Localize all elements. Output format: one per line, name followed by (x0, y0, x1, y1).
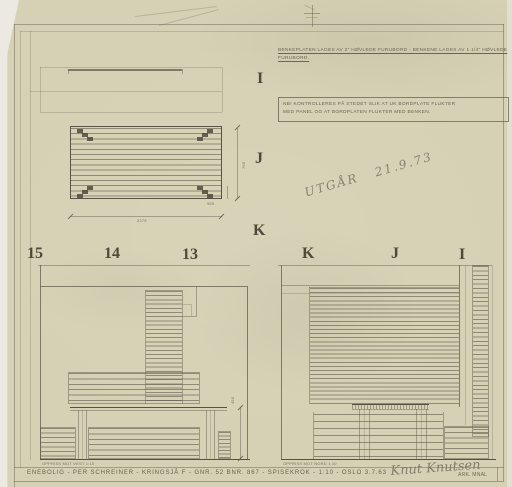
bench-hatch (314, 414, 443, 459)
stamp-label: UTGÅR (303, 171, 360, 200)
dimension-line (237, 127, 238, 199)
grid-label: 15 (27, 245, 43, 263)
wall-line (281, 265, 282, 459)
table-leg (86, 410, 87, 459)
table-top (70, 407, 227, 408)
paper-edge-left (0, 0, 8, 487)
grid-label: K (253, 222, 265, 240)
corner-step (207, 194, 213, 198)
border-line (503, 24, 504, 481)
note-line: MED PANEL OG AT BORDPLATEN FLUKTER MED B… (283, 109, 504, 117)
dimension-label: 2275 (137, 218, 147, 223)
table-leg (206, 410, 207, 459)
border-line (14, 24, 15, 487)
duct-line (182, 316, 196, 317)
grid-label: K (302, 245, 314, 263)
grid-label: J (255, 150, 263, 168)
corner-step (77, 194, 83, 198)
recess-line (68, 69, 182, 71)
ceiling-line (40, 286, 247, 287)
table-leg (214, 410, 215, 459)
caption: OPPRISS MOT VEST 1:10 (42, 461, 94, 466)
corner-step (87, 137, 93, 141)
duct-line (196, 286, 197, 317)
dimension-label: 450 (230, 397, 235, 404)
corner-step (197, 137, 203, 141)
grid-line (38, 265, 250, 266)
wall-panel-hatch (310, 288, 459, 404)
paper-edge-right (507, 0, 512, 487)
paper-corner-cut (7, 0, 19, 55)
grid-label: 14 (104, 245, 120, 263)
drawing-sheet: 760 2275 965 I J K BENKEPLATEN LAGES AV … (0, 0, 512, 487)
wall-line (247, 286, 248, 460)
note-line: NB! KONTROLLERES PÅ STEDET SLIK AT UK BO… (283, 101, 504, 109)
note-line: FURUBORD. (278, 56, 309, 61)
border-line (20, 31, 504, 32)
border-line (14, 24, 504, 25)
dimension-label: 965 (207, 201, 214, 206)
note-materials: BENKEPLATEN LAGES AV 2" HØVLEDE FURUBORD… (278, 47, 507, 63)
table-leg (78, 410, 79, 459)
duct-line (191, 304, 192, 316)
duct-line (182, 304, 191, 305)
architect-title: ARK. MNAL (458, 472, 487, 478)
grid-label: I (257, 70, 263, 88)
wall-line (459, 265, 460, 407)
grid-label: 13 (182, 246, 198, 264)
grid-label: I (459, 246, 465, 264)
dimension-line (70, 216, 222, 217)
stamp-utgaar: UTGÅR 21.9.73 (303, 149, 434, 199)
note-line: BENKEPLATEN LAGES AV 2" HØVLEDE FURUBORD… (278, 48, 507, 53)
grid-label: J (391, 245, 399, 263)
dimension-line (240, 407, 241, 459)
border-line (20, 31, 21, 468)
caption: OPPRISS MOT NORD 1:10 (283, 461, 337, 466)
stamp-date: 21.9.73 (373, 149, 434, 179)
crease-line (135, 6, 217, 17)
project-title: ENEBOLIG - PER SCHREINER - KRINGSJÅ F - … (27, 470, 387, 476)
dimension-label: 760 (241, 162, 246, 169)
grid-line (465, 265, 466, 425)
note-nb: NB! KONTROLLERES PÅ STEDET SLIK AT UK BO… (278, 97, 509, 122)
